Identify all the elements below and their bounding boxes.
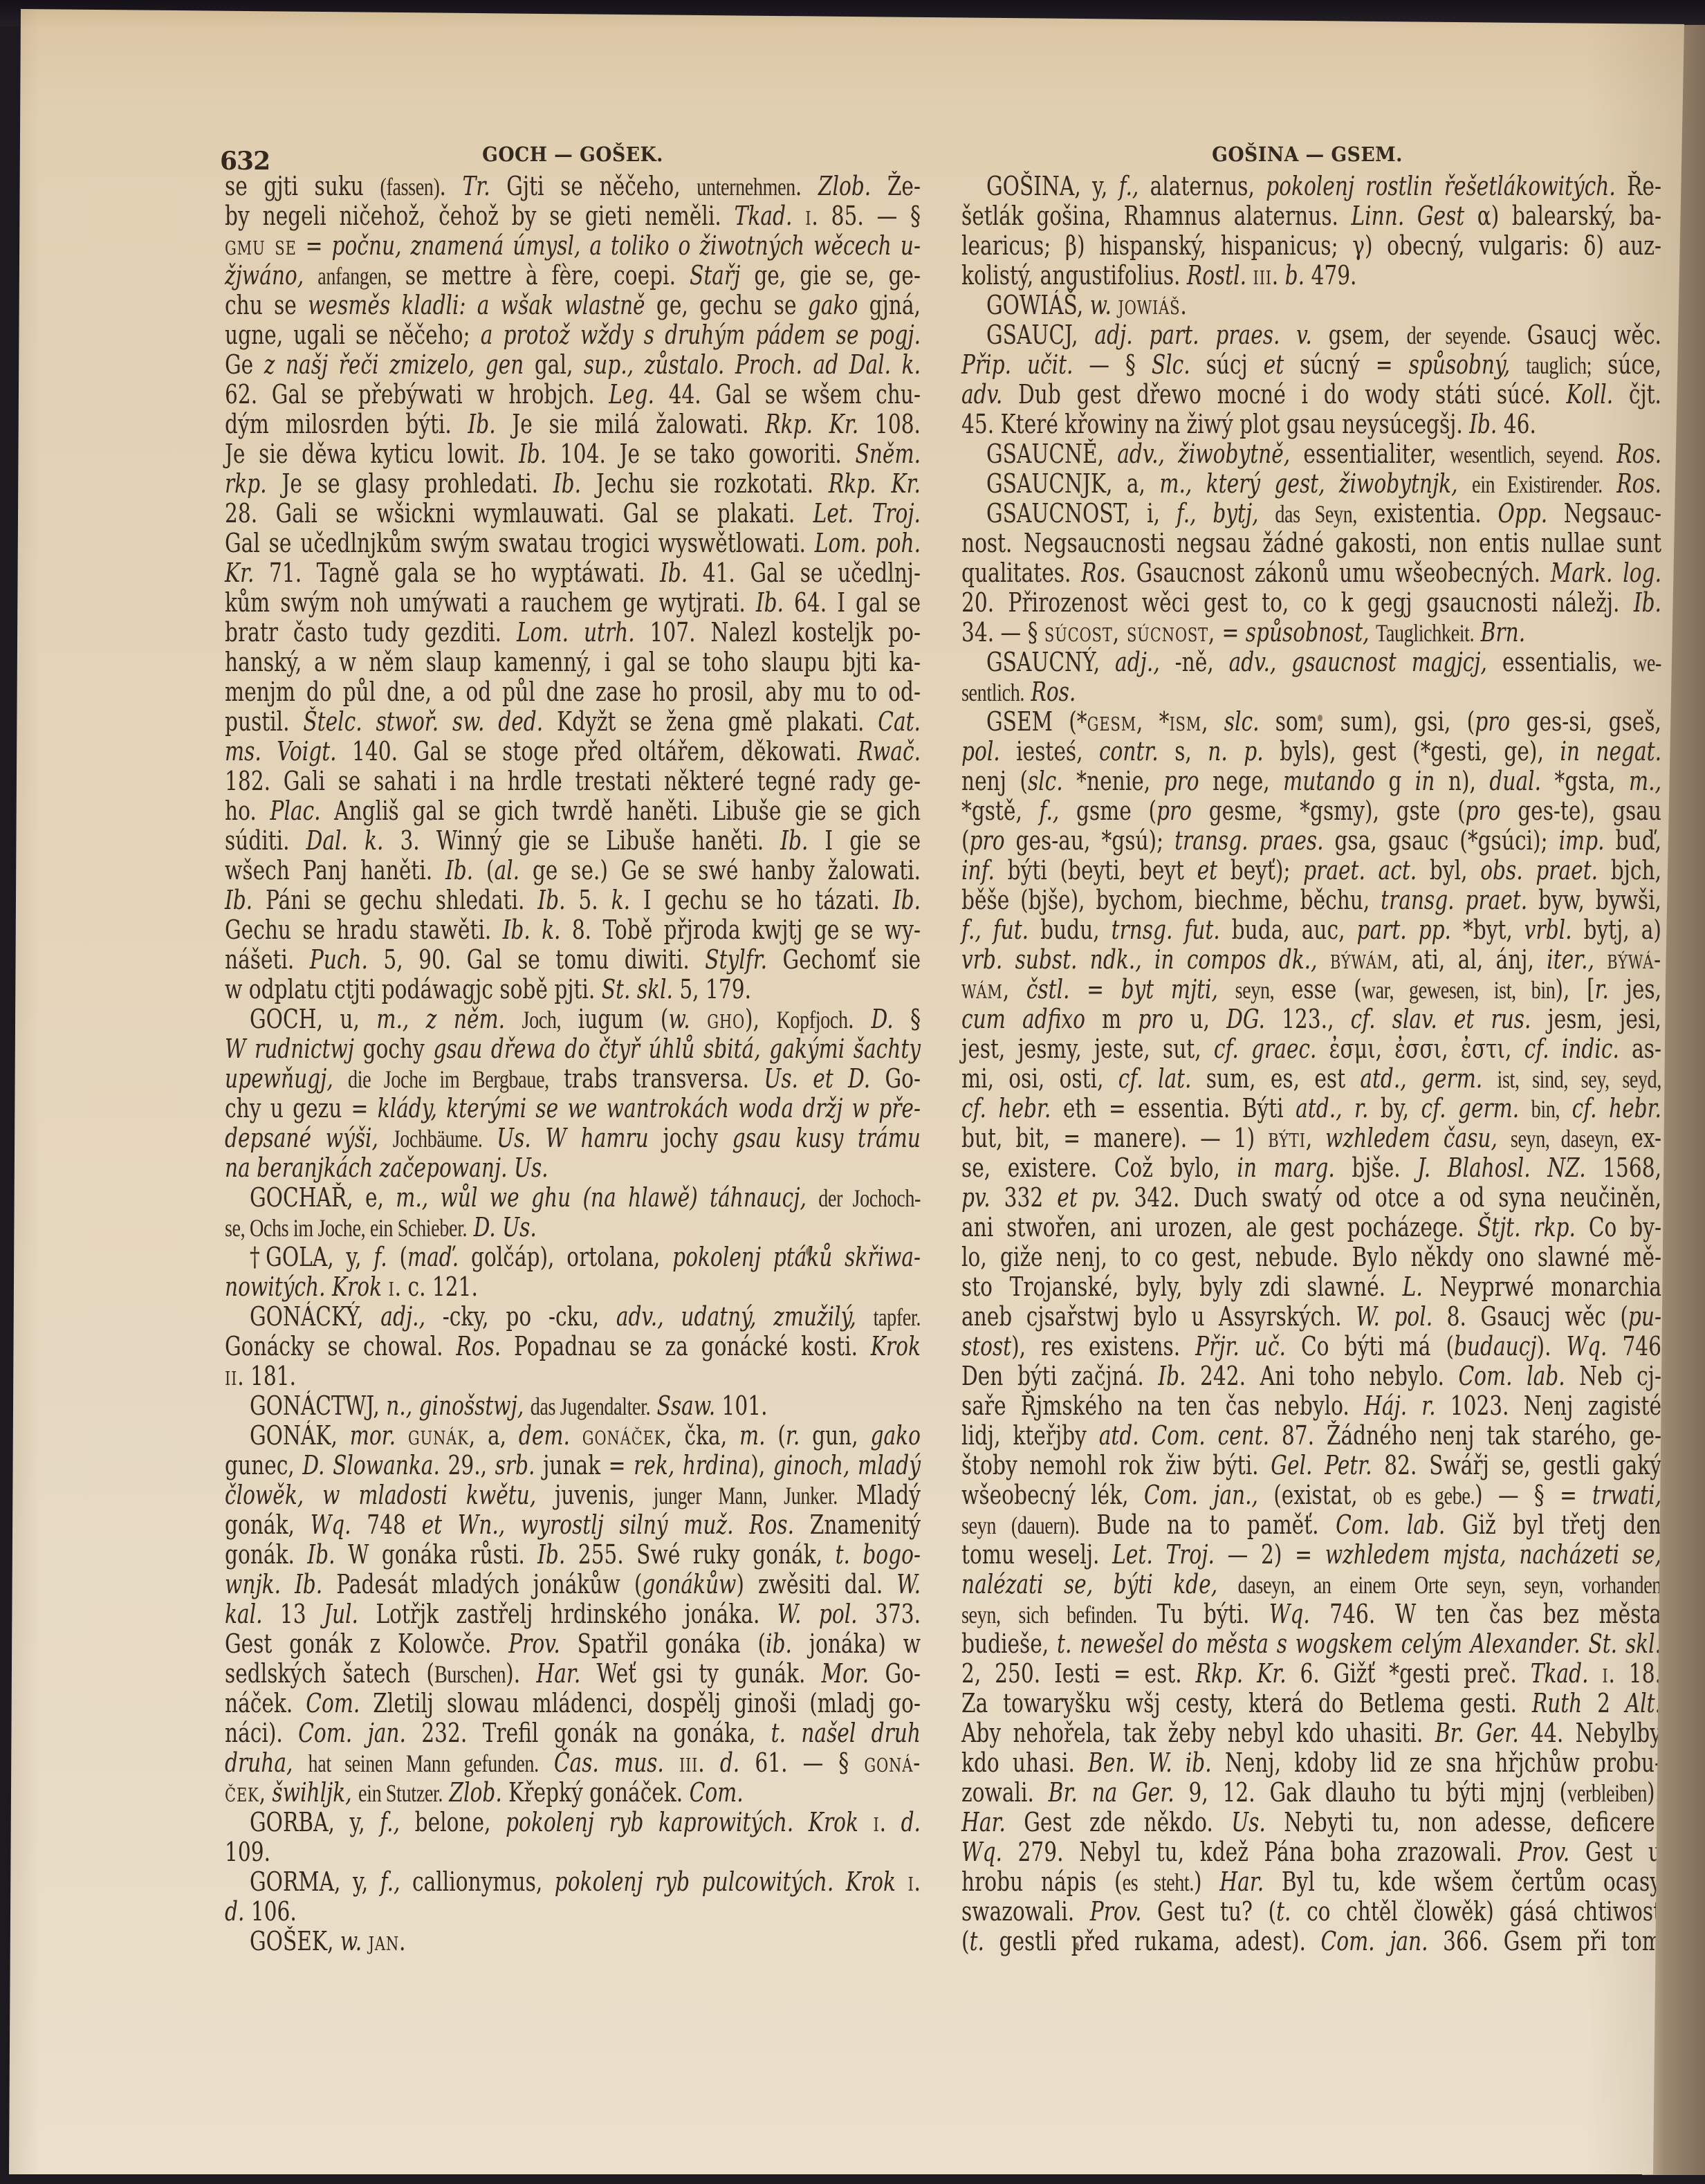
line-text: qualitates. Ros. Gsaucnost zákonů umu wš… xyxy=(961,558,1661,588)
line-text: nost. Negsaucnosti negsau žádné gakosti,… xyxy=(961,528,1661,558)
dictionary-line: GOŠEK, w. jan. xyxy=(225,1927,921,1956)
line-text: GONÁCTWJ, n., ginošstwj, das Jugendalter… xyxy=(250,1391,768,1421)
dictionary-line: ček, šwihljk, ein Stutzer. Zlob. Křepký … xyxy=(225,1778,921,1808)
line-text: ms. Voigt. 140. Gal se stoge před oltáře… xyxy=(225,736,921,767)
line-text: kal. 13 Jul. Lotřjk zastřelj hrdinského … xyxy=(225,1599,921,1629)
dictionary-line: ani stwořen, ani urozen, ale gest pocház… xyxy=(961,1213,1661,1242)
line-text: wšeobecný lék, Com. jan., (existat, ob e… xyxy=(961,1480,1661,1510)
dictionary-line: náček. Com. Zletilj slowau mládenci, dos… xyxy=(225,1689,921,1718)
line-text: inf. býti (beyti, beyt et beyť); praet. … xyxy=(961,855,1661,885)
line-text: hrobu nápis (es steht.) Har. Byl tu, kde… xyxy=(961,1866,1661,1897)
dictionary-line: nowitých. Krok i. c. 121. xyxy=(225,1272,921,1302)
dictionary-line: súditi. Dal. k. 3. Winný gie se Libuše h… xyxy=(225,826,921,856)
dictionary-line: depsané wýši, Jochbäume. Us. W hamru joc… xyxy=(225,1123,921,1154)
line-text: súditi. Dal. k. 3. Winný gie se Libuše h… xyxy=(225,825,921,856)
dictionary-line: kdo uhasi. Ben. W. ib. Nenj, kdoby lid z… xyxy=(961,1748,1661,1778)
dictionary-line: stost), res existens. Přjr. uč. Co býti … xyxy=(961,1332,1661,1361)
dictionary-line: qualitates. Ros. Gsaucnost zákonů umu wš… xyxy=(961,558,1661,588)
dictionary-line: †GOLA, y, f. (maď. golčáp), ortolana, po… xyxy=(225,1242,921,1272)
dictionary-line: šetlák gošina, Rhamnus alaternus. Linn. … xyxy=(961,201,1661,231)
line-text: 28. Gali se wšickni wymlauwati. Gal se p… xyxy=(225,498,921,529)
dictionary-line: aneb cjsařstwj bylo u Assyrských. W. pol… xyxy=(961,1302,1661,1332)
line-text: aneb cjsařstwj bylo u Assyrských. W. pol… xyxy=(961,1301,1661,1332)
ink-spot xyxy=(1318,715,1322,722)
line-text: Za towaryšku wšj cesty, která do Betlema… xyxy=(961,1688,1661,1718)
dictionary-line: nost. Negsaucnosti negsau žádné gakosti,… xyxy=(961,529,1661,558)
line-text: vrb. subst. ndk., in compos dk., býwám, … xyxy=(961,944,1661,975)
dictionary-line: cf. hebr. eth = essentia. Býti atd., r. … xyxy=(961,1094,1661,1124)
line-text: mi, osi, osti, cf. lat. sum, es, est atd… xyxy=(961,1063,1661,1094)
dictionary-line: learicus; β) hispanský, hispanicus; γ) o… xyxy=(961,231,1661,261)
dictionary-line: GSEM (*gesm, *ism, slc. som, sum), gsi, … xyxy=(961,707,1661,737)
dictionary-line: menjm do půl dne, a od půl dne zase ho p… xyxy=(225,677,921,707)
line-text: nowitých. Krok i. c. 121. xyxy=(225,1272,478,1302)
dictionary-line: *gstě, f., gsme (pro gesme, *gsmy), gste… xyxy=(961,796,1661,826)
line-text: *gstě, f., gsme (pro gesme, *gsmy), gste… xyxy=(961,796,1661,826)
line-text: GORMA, y, f., callionymus, pokolenj ryb … xyxy=(250,1866,921,1897)
line-text: stost), res existens. Přjr. uč. Co býti … xyxy=(961,1331,1661,1361)
line-text: GSAUCJ, adj. part. praes. v. gsem, der s… xyxy=(986,320,1661,350)
line-text: pol. iesteś, contr. s, n. p. byls), gest… xyxy=(961,736,1661,767)
line-text: nášeti. Puch. 5, 90. Gal se tomu diwiti.… xyxy=(225,944,921,975)
dictionary-line: hanský, a w něm slaup kamenný, i gal se … xyxy=(225,648,921,677)
line-text: cum adfixo m pro u, DG. 123., cf. slav. … xyxy=(961,1004,1661,1034)
line-text: 62. Gal se přebýwati w hrobjch. Leg. 44.… xyxy=(225,379,921,410)
line-text: ani stwořen, ani urozen, ale gest pocház… xyxy=(961,1212,1661,1242)
line-text: jest, jesmy, jeste, sut, cf. graec. ἐσμι… xyxy=(961,1034,1661,1064)
line-text: sedlských šatech (Burschen). Har. Weť gs… xyxy=(225,1658,921,1689)
dictionary-line: ho. Plac. Angliš gal se gich twrdě hanět… xyxy=(225,796,921,826)
line-text: sentlich. Ros. xyxy=(961,677,1076,707)
line-text: GOŠEK, w. jan. xyxy=(250,1926,405,1956)
dictionary-line: (pro ges-au, *gsú); transg. praes. gsa, … xyxy=(961,826,1661,856)
line-text: w odplatu ctjti podáwagjc sobě pjti. St.… xyxy=(225,974,751,1004)
line-text: GOCH, u, m., z něm. Joch, iugum (w. gho)… xyxy=(250,1004,921,1034)
line-text: tomu weselj. Let. Troj. — 2) = wzhledem … xyxy=(961,1539,1661,1570)
line-text: GOŠINA, y, f., alaternus, pokolenj rostl… xyxy=(986,171,1661,201)
line-text: GONÁK, mor. gunák, a, dem. gonáček, čka,… xyxy=(250,1420,921,1451)
dictionary-line: nášeti. Puch. 5, 90. Gal se tomu diwiti.… xyxy=(225,945,921,975)
line-text: se, existere. Což bylo, in marg. bjše. J… xyxy=(961,1153,1661,1183)
line-text: chy u gezu = klády, kterými se we wantro… xyxy=(225,1093,921,1123)
dictionary-line: budieše, t. newešel do města s wogskem c… xyxy=(961,1629,1661,1659)
dictionary-line: ii. 181. xyxy=(225,1361,921,1391)
dictionary-line: pv. 332 et pv. 342. Duch swatý od otce a… xyxy=(961,1183,1661,1213)
line-text: f., fut. budu, trnsg. fut. buda, auc, pa… xyxy=(961,915,1661,945)
dictionary-line: GSAUCNJK, a, m., který gest, žiwobytnjk,… xyxy=(961,469,1661,499)
right-column: GOŠINA, y, f., alaternus, pokolenj rostl… xyxy=(961,172,1661,1970)
line-text: adv. Dub gest dřewo mocné i do wody stát… xyxy=(961,379,1661,410)
line-text: rkp. Je se glasy prohledati. Ib. Jechu s… xyxy=(225,468,921,499)
dictionary-line: wšech Panj haněti. Ib. (al. ge se.) Ge s… xyxy=(225,856,921,885)
dictionary-line: Přip. učit. — § Slc. súcj et súcný = spů… xyxy=(961,350,1661,380)
dictionary-line: kům swým noh umýwati a rauchem ge wytjra… xyxy=(225,588,921,618)
line-text: d. 106. xyxy=(225,1896,297,1927)
line-text: cf. hebr. eth = essentia. Býti atd., r. … xyxy=(961,1093,1661,1123)
left-column: se gjti suku (fassen). Tr. Gjti se něčeh… xyxy=(225,172,921,1970)
dictionary-line: GSAUCJ, adj. part. praes. v. gsem, der s… xyxy=(961,320,1661,351)
dictionary-line: mi, osi, osti, cf. lat. sum, es, est atd… xyxy=(961,1064,1661,1094)
dictionary-line: zowali. Br. na Ger. 9, 12. Gak dlauho tu… xyxy=(961,1778,1661,1808)
line-text: se, Ochs im Joche, ein Schieber. D. Us. xyxy=(225,1212,537,1242)
dictionary-line: běše (bjše), bychom, biechme, běchu, tra… xyxy=(961,885,1661,915)
line-text: Kr. 71. Tagně gala se ho wyptáwati. Ib. … xyxy=(225,558,921,588)
ink-spot xyxy=(806,1247,811,1256)
dictionary-line: saře Řjmského na ten čas nebylo. Háj. r.… xyxy=(961,1391,1661,1421)
line-text: Je sie děwa kyticu lowit. Ib. 104. Je se… xyxy=(225,439,921,469)
dictionary-line: gmu se = počnu, znamená úmysl, a toliko … xyxy=(225,231,921,261)
dictionary-line: lidj, kteřjby atd. Com. cent. 87. Žádnéh… xyxy=(961,1421,1661,1451)
dictionary-line: kolistý, angustifolius. Rostl. iii. b. 4… xyxy=(961,261,1661,291)
line-text: seyn (dauern). Bude na to paměť. Com. la… xyxy=(961,1509,1661,1540)
dictionary-line: GOCHAŘ, e, m., wůl we ghu (na hlawě) táh… xyxy=(225,1183,921,1213)
line-text: GORBA, y, f., belone, pokolenj ryb kapro… xyxy=(250,1807,921,1837)
line-text: sto Trojanské, byly, byly zdi slawné. L.… xyxy=(961,1272,1661,1302)
line-text: seyn, sich befinden. Tu býti. Wq. 746. W… xyxy=(961,1599,1661,1629)
line-text: nenj (slc. *nenie, pro nege, mutando g i… xyxy=(961,766,1661,796)
dictionary-line: GSAUCNOST, i, f., bytj, das Seyn, existe… xyxy=(961,499,1661,529)
line-text: W rudnictwj gochy gsau dřewa do čtyř úhl… xyxy=(225,1034,921,1064)
dictionary-line: 45. Které křowiny na žiwý plot gsau neys… xyxy=(961,410,1661,439)
line-text: gmu se = počnu, znamená úmysl, a toliko … xyxy=(225,230,921,261)
dictionary-line: štoby nemohl rok žiw býti. Gel. Petr. 82… xyxy=(961,1451,1661,1480)
line-text: 34. — § súcost, súcnost, = spůsobnost, T… xyxy=(961,617,1525,648)
dictionary-line: na beranjkách začepowanj. Us. xyxy=(225,1153,921,1183)
dictionary-line: se, Ochs im Joche, ein Schieber. D. Us. xyxy=(225,1213,921,1243)
line-text: druha, hat seinen Mann gefunden. Čas. mu… xyxy=(225,1747,921,1778)
dictionary-line: inf. býti (beyti, beyt et beyť); praet. … xyxy=(961,856,1661,885)
dictionary-line: Ge z našj řeči zmizelo, gen gal, sup., z… xyxy=(225,350,921,380)
line-text: pv. 332 et pv. 342. Duch swatý od otce a… xyxy=(961,1182,1661,1213)
dictionary-line: ugne, ugali se něčeho; a protož wždy s d… xyxy=(225,320,921,350)
dictionary-line: cum adfixo m pro u, DG. 123., cf. slav. … xyxy=(961,1004,1661,1034)
dictionary-line: wšeobecný lék, Com. jan., (existat, ob e… xyxy=(961,1480,1661,1511)
line-text: Gest gonák z Kolowče. Prov. Spatřil goná… xyxy=(225,1628,921,1659)
dictionary-line: druha, hat seinen Mann gefunden. Čas. mu… xyxy=(225,1748,921,1779)
line-text: GONÁCKÝ, adj., -cky, po -cku, adv., udat… xyxy=(250,1301,921,1332)
dictionary-line: Za towaryšku wšj cesty, která do Betlema… xyxy=(961,1689,1661,1718)
line-text: štoby nemohl rok žiw býti. Gel. Petr. 82… xyxy=(961,1450,1661,1480)
line-text: 20. Přirozenost wěci gest to, co k gegj … xyxy=(961,587,1661,618)
dictionary-line: wám, čstl. = byt mjti, seyn, esse (war, … xyxy=(961,975,1661,1005)
dictionary-line: GORBA, y, f., belone, pokolenj ryb kapro… xyxy=(225,1808,921,1837)
dictionary-line: d. 106. xyxy=(225,1897,921,1927)
line-text: wšech Panj haněti. Ib. (al. ge se.) Ge s… xyxy=(225,855,921,885)
line-text: 109. xyxy=(225,1837,270,1867)
dictionary-line: by negeli ničehož, čehož by se gieti nem… xyxy=(225,201,921,231)
dictionary-line: 109. xyxy=(225,1837,921,1867)
line-text: learicus; β) hispanský, hispanicus; γ) o… xyxy=(961,230,1661,261)
line-text: Gal se učedlnjkům swým swatau trogici wy… xyxy=(225,528,921,558)
dictionary-line: seyn, sich befinden. Tu býti. Wq. 746. W… xyxy=(961,1599,1661,1630)
line-text: žjwáno, anfangen, se mettre à fère, coep… xyxy=(225,260,921,291)
line-text: bratr často tudy gezditi. Lom. utrh. 107… xyxy=(225,617,921,648)
line-text: kolistý, angustifolius. Rostl. iii. b. 4… xyxy=(961,260,1356,291)
dictionary-line: Aby nehořela, tak žeby nebyl kdo uhasiti… xyxy=(961,1718,1661,1748)
line-text: gunec, D. Slowanka. 29., srb. junak = re… xyxy=(225,1450,921,1480)
dictionary-line: náci). Com. jan. 232. Trefil gonák na go… xyxy=(225,1718,921,1748)
ink-spot xyxy=(1074,1943,1079,1949)
line-text: depsané wýši, Jochbäume. Us. W hamru joc… xyxy=(225,1123,921,1153)
dictionary-line: sedlských šatech (Burschen). Har. Weť gs… xyxy=(225,1659,921,1689)
dictionary-line: GOŠINA, y, f., alaternus, pokolenj rostl… xyxy=(961,172,1661,201)
dictionary-line: člowěk, w mladosti kwětu, juvenis, junge… xyxy=(225,1480,921,1511)
line-text: (pro ges-au, *gsú); transg. praes. gsa, … xyxy=(961,825,1661,856)
dictionary-line: but, bit, = manere). — 1) býti, wzhledem… xyxy=(961,1123,1661,1154)
dictionary-line: hrobu nápis (es steht.) Har. Byl tu, kde… xyxy=(961,1867,1661,1898)
line-text: GSAUCNJK, a, m., který gest, žiwobytnjk,… xyxy=(986,468,1661,499)
dictionary-line: Den býti začjná. Ib. 242. Ani toho nebyl… xyxy=(961,1361,1661,1391)
line-text: Gonácky se chowal. Ros. Popadnau se za g… xyxy=(225,1331,921,1361)
line-text: Ib. Páni se gechu shledati. Ib. 5. k. I … xyxy=(225,885,921,915)
dictionary-line: adv. Dub gest dřewo mocné i do wody stát… xyxy=(961,380,1661,410)
dictionary-line: žjwáno, anfangen, se mettre à fère, coep… xyxy=(225,261,921,291)
dictionary-line: Har. Gest zde někdo. Us. Nebyti tu, non … xyxy=(961,1808,1661,1837)
line-text: but, bit, = manere). — 1) býti, wzhledem… xyxy=(961,1123,1661,1153)
line-text: Gechu se hradu stawěti. Ib. k. 8. Tobě p… xyxy=(225,915,921,945)
dictionary-line: kal. 13 Jul. Lotřjk zastřelj hrdinského … xyxy=(225,1599,921,1629)
line-text: 45. Které křowiny na žiwý plot gsau neys… xyxy=(961,409,1536,439)
dictionary-line: dým milosrden býti. Ib. Je sie milá žalo… xyxy=(225,410,921,439)
line-text: hanský, a w něm slaup kamenný, i gal se … xyxy=(225,647,921,677)
dictionary-line: Wq. 279. Nebyl tu, kdež Pána boha zrazow… xyxy=(961,1837,1661,1867)
dictionary-line: Gonácky se chowal. Ros. Popadnau se za g… xyxy=(225,1332,921,1361)
line-text: lo, giže nenj, to co gest, nebude. Bylo … xyxy=(961,1242,1661,1272)
line-text: 182. Gali se sahati i na hrdle trestati … xyxy=(225,766,921,796)
dictionary-line: seyn (dauern). Bude na to paměť. Com. la… xyxy=(961,1510,1661,1541)
line-text: wám, čstl. = byt mjti, seyn, esse (war, … xyxy=(961,974,1661,1004)
dictionary-line: w odplatu ctjti podáwagjc sobě pjti. St.… xyxy=(225,975,921,1004)
line-text: (t. gestli před rukama, adest). Com. jan… xyxy=(961,1926,1661,1956)
dictionary-line: 28. Gali se wšickni wymlauwati. Gal se p… xyxy=(225,499,921,529)
dictionary-line: GONÁK, mor. gunák, a, dem. gonáček, čka,… xyxy=(225,1421,921,1451)
dictionary-line: f., fut. budu, trnsg. fut. buda, auc, pa… xyxy=(961,915,1661,945)
line-text: ii. 181. xyxy=(225,1361,296,1391)
line-text: chu se wesměs kladli: a wšak wlastně ge,… xyxy=(225,290,921,320)
line-text: člowěk, w mladosti kwětu, juvenis, junge… xyxy=(225,1480,921,1510)
dictionary-line: Gechu se hradu stawěti. Ib. k. 8. Tobě p… xyxy=(225,915,921,945)
line-text: GSAUCNOST, i, f., bytj, das Seyn, existe… xyxy=(986,498,1661,529)
line-text: náček. Com. Zletilj slowau mládenci, dos… xyxy=(225,1688,921,1718)
dictionary-line: pustil. Štelc. stwoř. sw. ded. Kdyžt se … xyxy=(225,707,921,737)
line-text: upewňugj, die Joche im Bergbaue, trabs t… xyxy=(225,1063,921,1094)
line-text: šetlák gošina, Rhamnus alaternus. Linn. … xyxy=(961,201,1661,231)
dictionary-line: chy u gezu = klády, kterými se we wantro… xyxy=(225,1094,921,1123)
line-text: GSAUCNÝ, adj., -ně, adv., gsaucnost magj… xyxy=(986,647,1661,677)
line-text: se gjti suku (fassen). Tr. Gjti se něčeh… xyxy=(225,171,921,201)
dictionary-line: 62. Gal se přebýwati w hrobjch. Leg. 44.… xyxy=(225,380,921,410)
dictionary-line: se gjti suku (fassen). Tr. Gjti se něčeh… xyxy=(225,172,921,202)
line-text: Aby nehořela, tak žeby nebyl kdo uhasiti… xyxy=(961,1718,1661,1748)
running-head-right: GOŠINA — GSEM. xyxy=(1180,144,1435,165)
dictionary-line: gunec, D. Slowanka. 29., srb. junak = re… xyxy=(225,1451,921,1480)
dictionary-line: gonák, Wq. 748 et Wn., wyrostlj silný mu… xyxy=(225,1510,921,1540)
line-text: pustil. Štelc. stwoř. sw. ded. Kdyžt se … xyxy=(225,706,921,737)
dictionary-line: Je sie děwa kyticu lowit. Ib. 104. Je se… xyxy=(225,439,921,469)
dictionary-line: lo, giže nenj, to co gest, nebude. Bylo … xyxy=(961,1242,1661,1272)
dictionary-line: ms. Voigt. 140. Gal se stoge před oltáře… xyxy=(225,737,921,767)
dictionary-line: sto Trojanské, byly, byly zdi slawné. L.… xyxy=(961,1272,1661,1302)
line-text: †GOLA, y, f. (maď. golčáp), ortolana, po… xyxy=(250,1242,921,1272)
line-text: GOWIÁŠ, w. jowiáš. xyxy=(986,290,1187,320)
line-text: zowali. Br. na Ger. 9, 12. Gak dlauho tu… xyxy=(961,1777,1661,1808)
line-text: dým milosrden býti. Ib. Je sie milá žalo… xyxy=(225,409,921,439)
dictionary-line: nalézati se, býti kde, daseyn, an einem … xyxy=(961,1570,1661,1600)
dictionary-line: GSAUCNÝ, adj., -ně, adv., gsaucnost magj… xyxy=(961,648,1661,678)
line-text: wnjk. Ib. Padesát mladých jonákůw (gonák… xyxy=(225,1569,921,1599)
line-text: kdo uhasi. Ben. W. ib. Nenj, kdoby lid z… xyxy=(961,1747,1661,1778)
dictionary-line: 182. Gali se sahati i na hrdle trestati … xyxy=(225,767,921,796)
line-text: Přip. učit. — § Slc. súcj et súcný = spů… xyxy=(961,349,1661,380)
dictionary-line: W rudnictwj gochy gsau dřewa do čtyř úhl… xyxy=(225,1034,921,1064)
dictionary-line: Ib. Páni se gechu shledati. Ib. 5. k. I … xyxy=(225,885,921,915)
line-text: GSEM (*gesm, *ism, slc. som, sum), gsi, … xyxy=(986,706,1661,737)
dictionary-line: 2, 250. Iesti = est. Rkp. Kr. 6. Gižť *g… xyxy=(961,1659,1661,1689)
dictionary-line: jest, jesmy, jeste, sut, cf. graec. ἐσμι… xyxy=(961,1034,1661,1064)
page-number: 632 xyxy=(220,149,270,174)
line-text: GSAUCNĚ, adv., žiwobytně, essentialiter,… xyxy=(986,439,1661,469)
line-text: Ge z našj řeči zmizelo, gen gal, sup., z… xyxy=(225,349,921,380)
dictionary-line: GSAUCNĚ, adv., žiwobytně, essentialiter,… xyxy=(961,439,1661,470)
dictionary-line: upewňugj, die Joche im Bergbaue, trabs t… xyxy=(225,1064,921,1094)
dictionary-line: GONÁCKÝ, adj., -cky, po -cku, adv., udat… xyxy=(225,1302,921,1332)
line-text: ček, šwihljk, ein Stutzer. Zlob. Křepký … xyxy=(225,1777,744,1808)
book-page: 632 GOCH — GOŠEK. GOŠINA — GSEM. se gjti… xyxy=(9,9,1684,2174)
dictionary-line: nenj (slc. *nenie, pro nege, mutando g i… xyxy=(961,767,1661,796)
line-text: Den býti začjná. Ib. 242. Ani toho nebyl… xyxy=(961,1361,1661,1391)
line-text: swazowali. Prov. Gest tu? (t. co chtěl č… xyxy=(961,1896,1661,1927)
line-text: budieše, t. newešel do města s wogskem c… xyxy=(961,1628,1661,1659)
dictionary-line: bratr často tudy gezditi. Lom. utrh. 107… xyxy=(225,618,921,648)
line-text: Har. Gest zde někdo. Us. Nebyti tu, non … xyxy=(961,1807,1661,1837)
dictionary-line: (t. gestli před rukama, adest). Com. jan… xyxy=(961,1927,1661,1956)
dictionary-line: chu se wesměs kladli: a wšak wlastně ge,… xyxy=(225,291,921,320)
line-text: nalézati se, býti kde, daseyn, an einem … xyxy=(961,1569,1661,1599)
dictionary-line: wnjk. Ib. Padesát mladých jonákůw (gonák… xyxy=(225,1570,921,1599)
running-head-left: GOCH — GOŠEK. xyxy=(445,144,700,165)
dictionary-line: Kr. 71. Tagně gala se ho wyptáwati. Ib. … xyxy=(225,558,921,588)
dictionary-line: Gest gonák z Kolowče. Prov. Spatřil goná… xyxy=(225,1629,921,1659)
line-text: GOCHAŘ, e, m., wůl we ghu (na hlawě) táh… xyxy=(250,1182,921,1213)
line-text: na beranjkách začepowanj. Us. xyxy=(225,1153,549,1183)
line-text: by negeli ničehož, čehož by se gieti nem… xyxy=(225,201,921,231)
line-text: menjm do půl dne, a od půl dne zase ho p… xyxy=(225,677,921,707)
line-text: lidj, kteřjby atd. Com. cent. 87. Žádnéh… xyxy=(961,1420,1661,1451)
dictionary-line: rkp. Je se glasy prohledati. Ib. Jechu s… xyxy=(225,469,921,499)
dictionary-line: tomu weselj. Let. Troj. — 2) = wzhledem … xyxy=(961,1540,1661,1570)
dictionary-line: sentlich. Ros. xyxy=(961,677,1661,708)
line-text: běše (bjše), bychom, biechme, běchu, tra… xyxy=(961,885,1661,915)
dictionary-line: pol. iesteś, contr. s, n. p. byls), gest… xyxy=(961,737,1661,767)
line-text: 2, 250. Iesti = est. Rkp. Kr. 6. Gižť *g… xyxy=(961,1658,1661,1689)
dictionary-line: GORMA, y, f., callionymus, pokolenj ryb … xyxy=(225,1867,921,1897)
line-text: Wq. 279. Nebyl tu, kdež Pána boha zrazow… xyxy=(961,1837,1661,1867)
dictionary-line: GONÁCTWJ, n., ginošstwj, das Jugendalter… xyxy=(225,1391,921,1422)
line-text: gonák. Ib. W gonáka růsti. Ib. 255. Swé … xyxy=(225,1539,921,1570)
line-text: saře Řjmského na ten čas nebylo. Háj. r.… xyxy=(961,1391,1661,1421)
dictionary-line: se, existere. Což bylo, in marg. bjše. J… xyxy=(961,1153,1661,1183)
line-text: ugne, ugali se něčeho; a protož wždy s d… xyxy=(225,320,921,350)
dictionary-line: 20. Přirozenost wěci gest to, co k gegj … xyxy=(961,588,1661,618)
dictionary-line: Gal se učedlnjkům swým swatau trogici wy… xyxy=(225,529,921,558)
line-text: kům swým noh umýwati a rauchem ge wytjra… xyxy=(225,587,921,618)
dictionary-line: swazowali. Prov. Gest tu? (t. co chtěl č… xyxy=(961,1897,1661,1927)
line-text: ho. Plac. Angliš gal se gich twrdě hanět… xyxy=(225,796,921,826)
dictionary-line: vrb. subst. ndk., in compos dk., býwám, … xyxy=(961,945,1661,975)
dictionary-line: gonák. Ib. W gonáka růsti. Ib. 255. Swé … xyxy=(225,1540,921,1570)
dictionary-line: 34. — § súcost, súcnost, = spůsobnost, T… xyxy=(961,618,1661,648)
dictionary-line: GOCH, u, m., z něm. Joch, iugum (w. gho)… xyxy=(225,1004,921,1035)
line-text: gonák, Wq. 748 et Wn., wyrostlj silný mu… xyxy=(225,1509,921,1540)
line-text: náci). Com. jan. 232. Trefil gonák na go… xyxy=(225,1718,921,1748)
dictionary-line: GOWIÁŠ, w. jowiáš. xyxy=(961,291,1661,320)
